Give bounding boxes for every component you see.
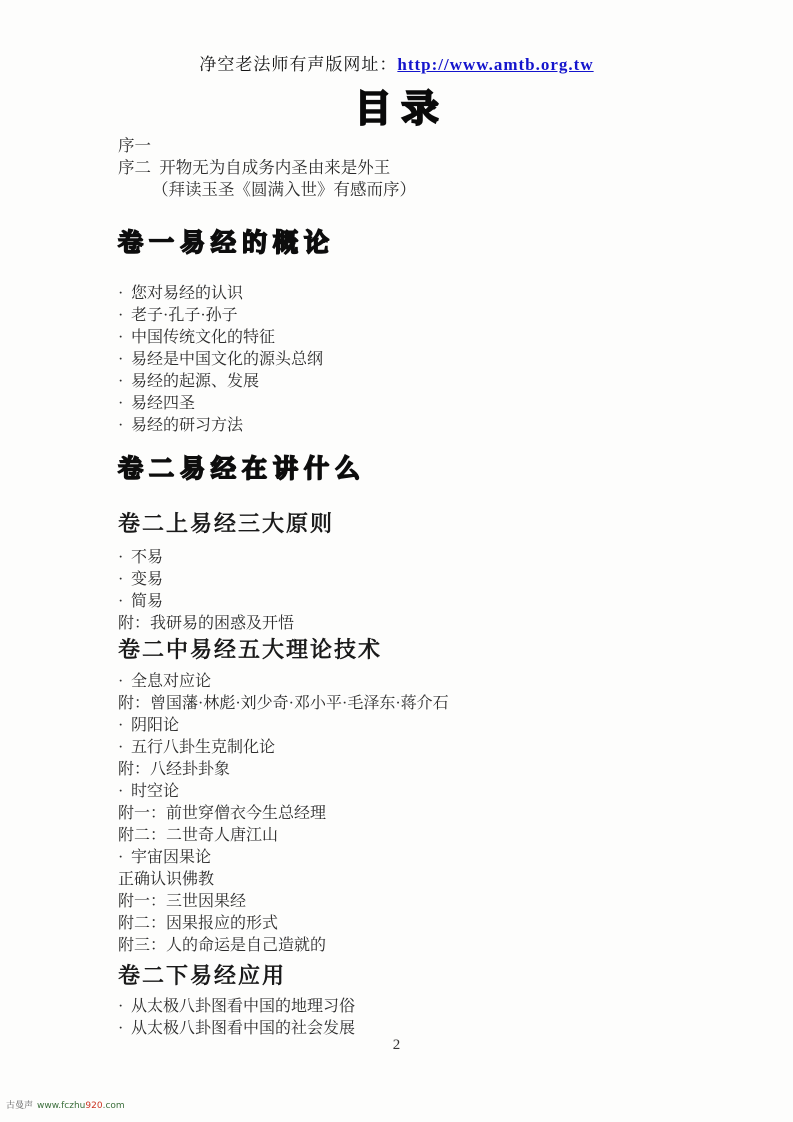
bullet-marker: · [118,393,131,415]
toc-item-label: 附：曾国藩·林彪·刘少奇·邓小平·毛泽东·蒋介石 [118,695,449,712]
watermark-site-name: 古曼声 [6,1101,33,1111]
part2-sub1-heading: 卷二上易经三大原则 [118,510,713,538]
preface-line: 序一 [118,135,713,157]
page-number: 2 [0,1037,793,1054]
bullet-marker: · [118,737,131,759]
document-page: 净空老法师有声版网址：http://www.amtb.org.tw 目录 序一 … [0,0,793,1122]
toc-item: ·阴阳论 [118,715,713,737]
preface-block: 序一 序二 开物无为自成务内圣由来是外王 （拜读玉圣《圆满入世》有感而序） [118,135,713,201]
toc-item: 附一：三世因果经 [118,891,713,913]
watermark-url-number: 920 [85,1101,102,1111]
toc-item: 附三：人的命运是自己造就的 [118,935,713,957]
toc-item-label: 您对易经的认识 [131,285,243,302]
toc-item-label: 中国传统文化的特征 [131,329,275,346]
toc-item: 附：我研易的困惑及开悟 [118,613,713,635]
toc-item-label: 全息对应论 [131,673,211,690]
bullet-marker: · [118,305,131,327]
toc-item: ·您对易经的认识 [118,283,713,305]
toc-item-label: 简易 [131,593,163,610]
bullet-marker: · [118,415,131,437]
bullet-marker: · [118,371,131,393]
toc-item-label: 附二：二世奇人唐江山 [118,827,278,844]
toc-item-label: 易经是中国文化的源头总纲 [131,351,323,368]
toc-item-label: 五行八卦生克制化论 [131,739,275,756]
toc-item: ·简易 [118,591,713,613]
toc-item: 附：曾国藩·林彪·刘少奇·邓小平·毛泽东·蒋介石 [118,693,713,715]
bullet-marker: · [118,715,131,737]
bullet-marker: · [118,591,131,613]
toc-item-label: 易经四圣 [131,395,195,412]
bullet-marker: · [118,349,131,371]
watermark-url-suffix: .com [103,1101,125,1111]
toc-item-label: 附一：三世因果经 [118,893,246,910]
part2-sub1-list: ·不易 ·变易 ·简易 附：我研易的困惑及开悟 [118,547,713,635]
toc-item-label: 易经的起源、发展 [131,373,259,390]
bullet-marker: · [118,671,131,693]
toc-item: ·易经的研习方法 [118,415,713,437]
preface-line: 序二 开物无为自成务内圣由来是外王 [118,157,713,179]
toc-item-label: 正确认识佛教 [118,871,214,888]
toc-item: ·不易 [118,547,713,569]
part2-sub3-list: ·从太极八卦图看中国的地理习俗 ·从太极八卦图看中国的社会发展 [118,996,713,1040]
toc-item-label: 变易 [131,571,163,588]
toc-item: ·宇宙因果论 [118,847,713,869]
toc-item-label: 附：我研易的困惑及开悟 [118,615,294,632]
part2-sub2-list: ·全息对应论 附：曾国藩·林彪·刘少奇·邓小平·毛泽东·蒋介石 ·阴阳论 ·五行… [118,671,713,957]
toc-item: 附二：二世奇人唐江山 [118,825,713,847]
bullet-marker: · [118,283,131,305]
page-header: 净空老法师有声版网址：http://www.amtb.org.tw [0,0,793,75]
toc-item-label: 易经的研习方法 [131,417,243,434]
toc-item-label: 附三：人的命运是自己造就的 [118,937,326,954]
site-url-link[interactable]: http://www.amtb.org.tw [397,55,593,74]
part2-sub3-heading: 卷二下易经应用 [118,962,713,990]
toc-item-label: 从太极八卦图看中国的社会发展 [131,1020,355,1037]
bullet-marker: · [118,996,131,1018]
part2-sub2-heading: 卷二中易经五大理论技术 [118,636,713,664]
toc-item-label: 不易 [131,549,163,566]
bullet-marker: · [118,781,131,803]
bullet-marker: · [118,847,131,869]
toc-item: 正确认识佛教 [118,869,713,891]
bullet-marker: · [118,569,131,591]
toc-item: ·老子·孔子·孙子 [118,305,713,327]
watermark: 古曼声www.fczhu920.com [6,1101,125,1111]
site-label: 净空老法师有声版网址： [199,55,397,74]
toc-item-label: 附：八经卦卦象 [118,761,230,778]
toc-item: ·易经四圣 [118,393,713,415]
toc-item: ·五行八卦生克制化论 [118,737,713,759]
toc-item: 附：八经卦卦象 [118,759,713,781]
bullet-marker: · [118,547,131,569]
toc-item: ·变易 [118,569,713,591]
toc-item-label: 宇宙因果论 [131,849,211,866]
bullet-marker: · [118,327,131,349]
toc-item-label: 附二：因果报应的形式 [118,915,278,932]
part2-heading: 卷二易经在讲什么 [118,453,713,485]
toc-item: ·从太极八卦图看中国的地理习俗 [118,996,713,1018]
toc-item: 附二：因果报应的形式 [118,913,713,935]
page-title: 目录 [0,89,793,129]
toc-item-label: 从太极八卦图看中国的地理习俗 [131,998,355,1015]
toc-item-label: 老子·孔子·孙子 [131,307,238,324]
toc-item-label: 阴阳论 [131,717,179,734]
preface-line: （拜读玉圣《圆满入世》有感而序） [118,179,713,201]
part1-list: ·您对易经的认识 ·老子·孔子·孙子 ·中国传统文化的特征 ·易经是中国文化的源… [118,283,713,437]
toc-item: ·易经是中国文化的源头总纲 [118,349,713,371]
part1-heading: 卷一易经的概论 [118,227,713,259]
toc-item: ·易经的起源、发展 [118,371,713,393]
toc-item: ·全息对应论 [118,671,713,693]
toc-item: ·中国传统文化的特征 [118,327,713,349]
watermark-url-prefix: www.fczhu [37,1101,85,1111]
toc-item: ·时空论 [118,781,713,803]
toc-item-label: 时空论 [131,783,179,800]
toc-item-label: 附一：前世穿僧衣今生总经理 [118,805,326,822]
toc-item: 附一：前世穿僧衣今生总经理 [118,803,713,825]
toc-content: 序一 序二 开物无为自成务内圣由来是外王 （拜读玉圣《圆满入世》有感而序） 卷一… [118,135,713,1040]
